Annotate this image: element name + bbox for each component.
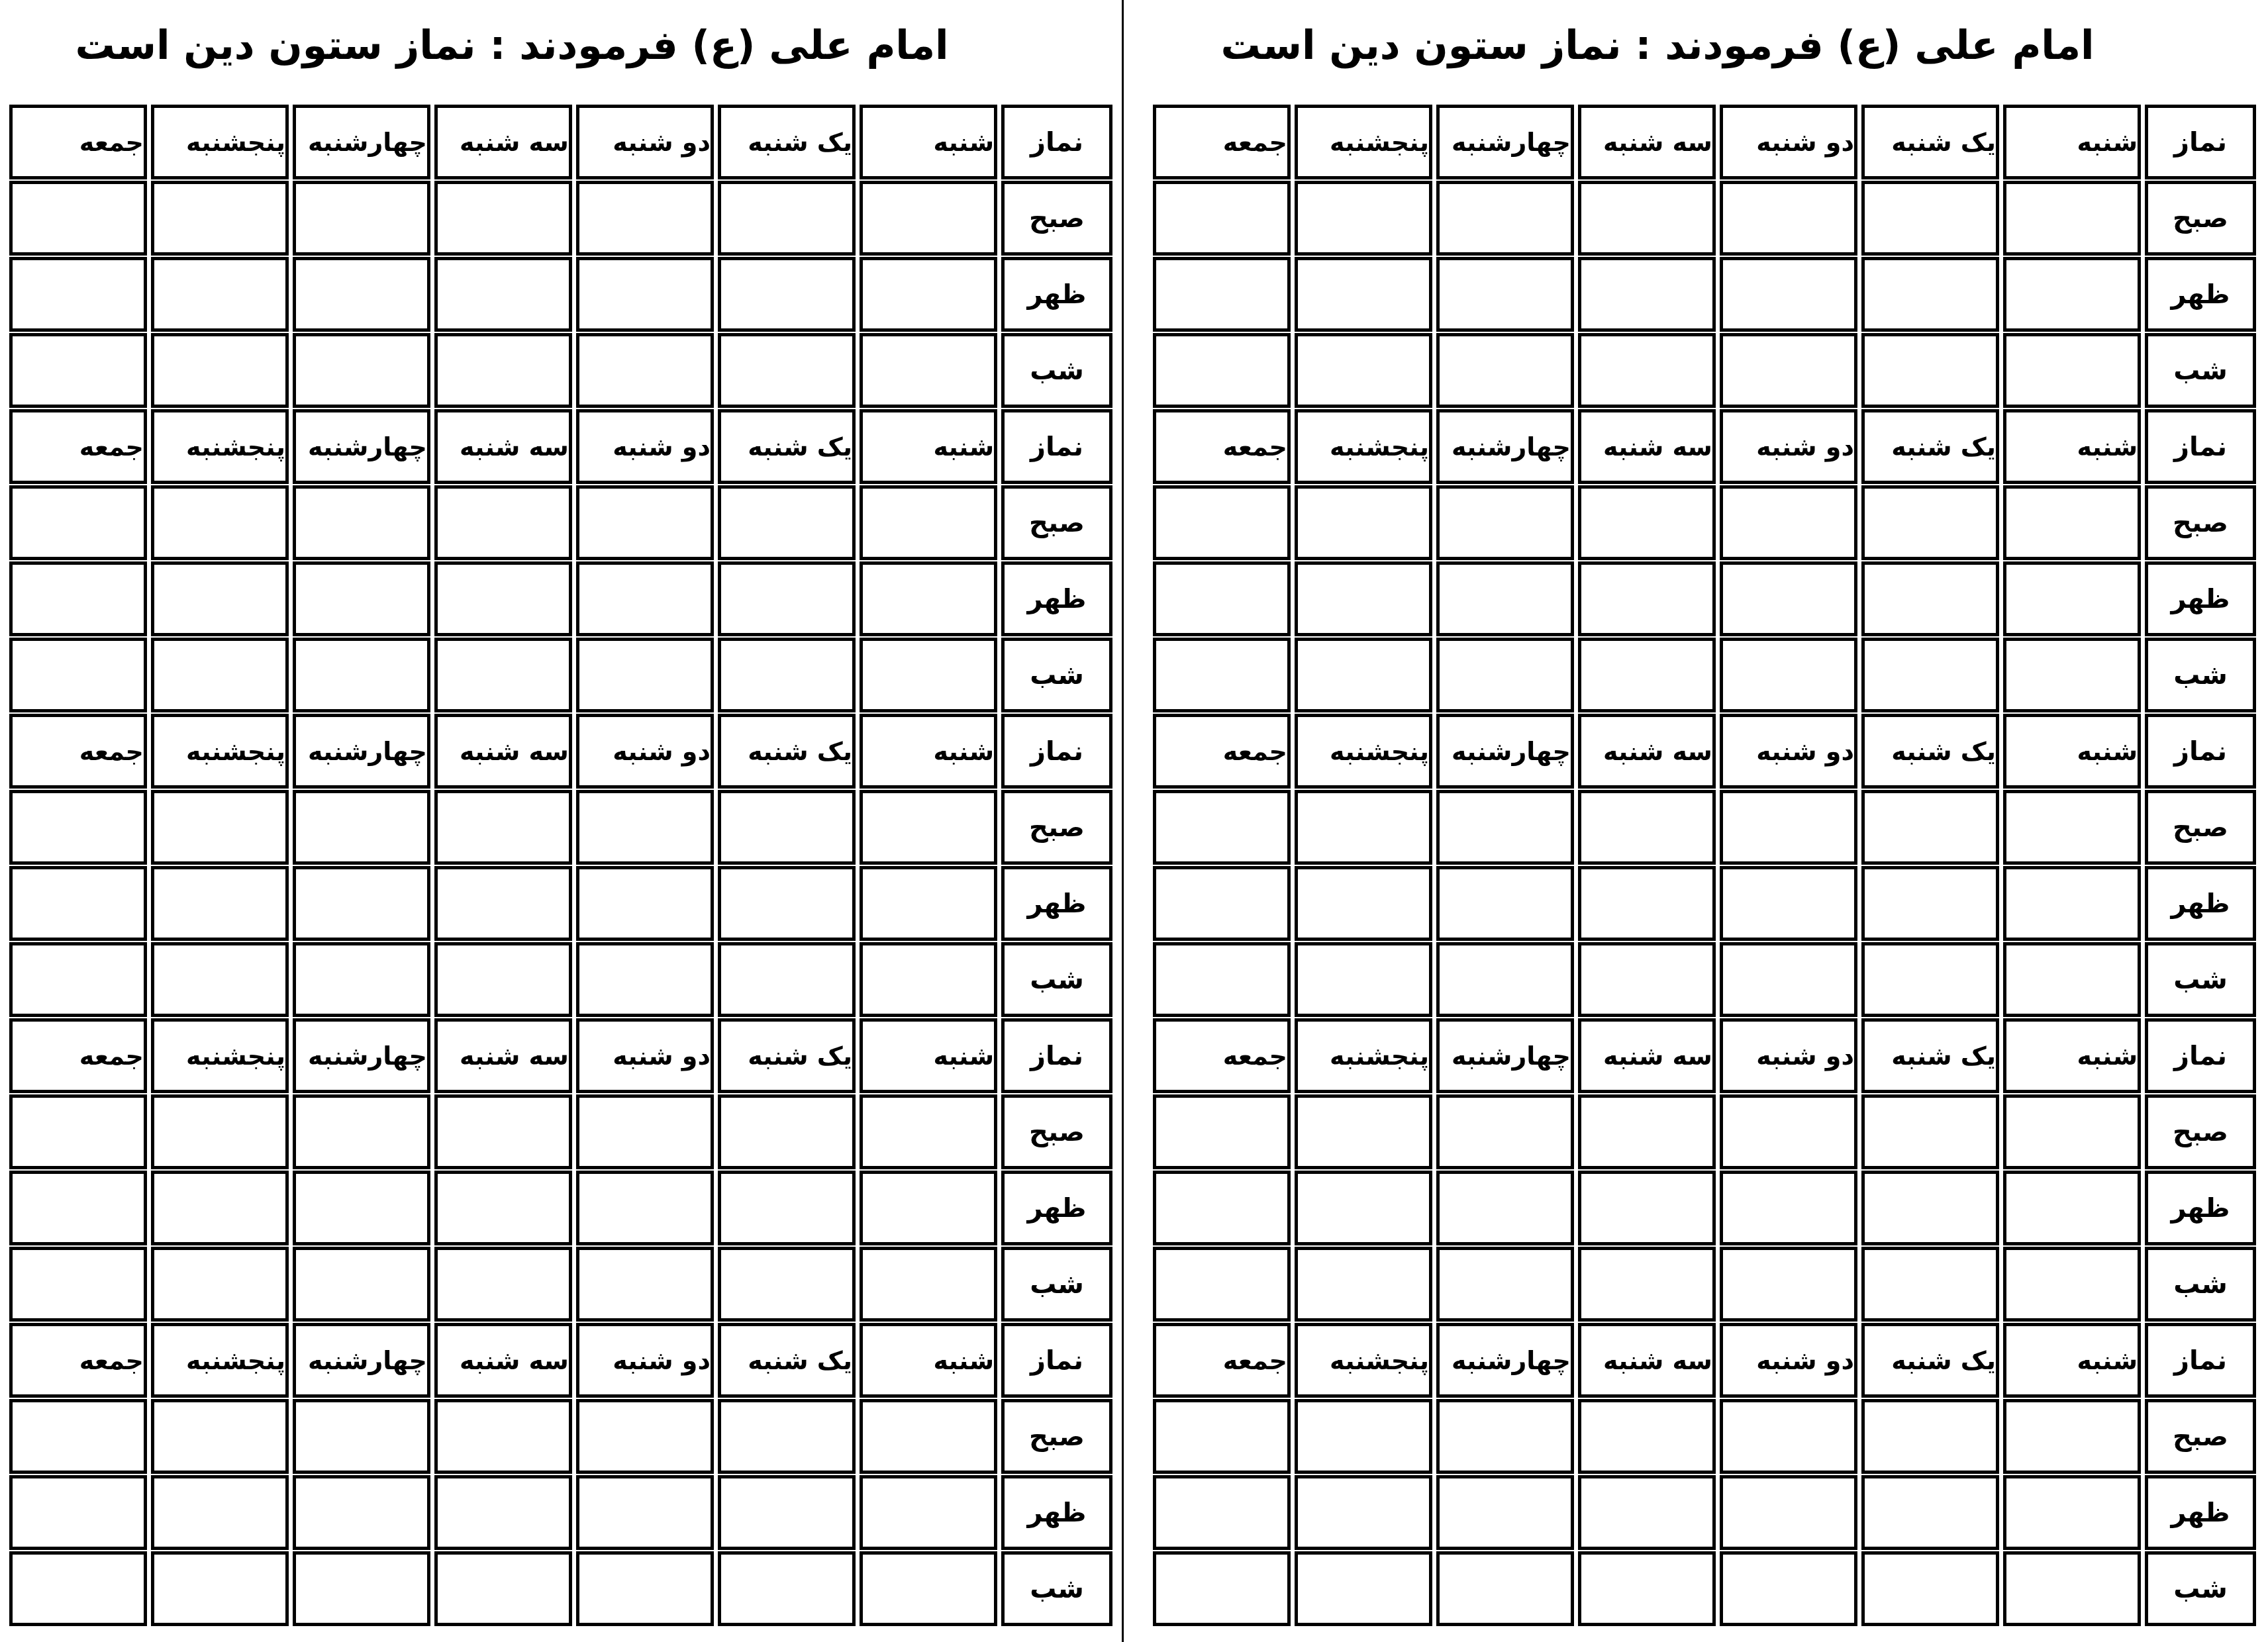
empty-schedule-cell (860, 1551, 997, 1626)
empty-schedule-cell (1153, 942, 1291, 1017)
empty-schedule-cell (2003, 333, 2141, 408)
day-column-header: شنبه (860, 409, 997, 484)
day-column-header: پنجشنبه (1295, 1018, 1432, 1093)
week-header-row: نمازشنبهیک شنبهدو شنبهسه شنبهچهارشنبهپنج… (1153, 105, 2256, 179)
empty-schedule-cell (293, 1247, 430, 1322)
empty-schedule-cell (860, 485, 997, 560)
prayer-time-label: صبح (2145, 485, 2256, 560)
empty-schedule-cell (718, 1551, 856, 1626)
empty-schedule-cell (1578, 638, 1716, 712)
prayer-time-row: ظهر (9, 1475, 1112, 1550)
day-column-header: پنجشنبه (1295, 105, 1432, 179)
empty-schedule-cell (1720, 638, 1857, 712)
worksheet-sheet: امام علی (ع) فرمودند : نماز ستون دین است… (0, 0, 2268, 1642)
empty-schedule-cell (718, 1171, 856, 1245)
prayer-time-row: صبح (9, 1094, 1112, 1169)
empty-schedule-cell (9, 1247, 147, 1322)
empty-schedule-cell (1295, 866, 1432, 941)
empty-schedule-cell (151, 1551, 289, 1626)
empty-schedule-cell (293, 1171, 430, 1245)
empty-schedule-cell (1578, 942, 1716, 1017)
empty-schedule-cell (576, 1171, 714, 1245)
prayer-time-row: ظهر (9, 257, 1112, 332)
empty-schedule-cell (1153, 181, 1291, 256)
prayer-time-row: صبح (1153, 1399, 2256, 1474)
day-column-header: سه شنبه (1578, 1323, 1716, 1398)
week-header-row: نمازشنبهیک شنبهدو شنبهسه شنبهچهارشنبهپنج… (9, 105, 1112, 179)
day-column-header: شنبه (860, 105, 997, 179)
day-column-header: جمعه (1153, 105, 1291, 179)
prayer-time-label: شب (1001, 1247, 1112, 1322)
day-column-header: سه شنبه (1578, 1018, 1716, 1093)
empty-schedule-cell (1861, 1475, 1999, 1550)
empty-schedule-cell (1153, 1247, 1291, 1322)
prayer-time-label: صبح (1001, 181, 1112, 256)
day-column-header: سه شنبه (1578, 105, 1716, 179)
empty-schedule-cell (1436, 485, 1574, 560)
empty-schedule-cell (576, 1247, 714, 1322)
empty-schedule-cell (1153, 1094, 1291, 1169)
empty-schedule-cell (434, 790, 572, 865)
prayer-table: نمازشنبهیک شنبهدو شنبهسه شنبهچهارشنبهپنج… (5, 103, 1116, 1627)
empty-schedule-cell (2003, 561, 2141, 636)
empty-schedule-cell (1861, 1247, 1999, 1322)
day-column-header: یک شنبه (718, 105, 856, 179)
empty-schedule-cell (2003, 1399, 2141, 1474)
empty-schedule-cell (718, 942, 856, 1017)
empty-schedule-cell (1720, 561, 1857, 636)
empty-schedule-cell (1861, 1551, 1999, 1626)
empty-schedule-cell (9, 866, 147, 941)
empty-schedule-cell (860, 1399, 997, 1474)
empty-schedule-cell (1436, 1094, 1574, 1169)
day-column-header: چهارشنبه (293, 1018, 430, 1093)
empty-schedule-cell (293, 333, 430, 408)
day-column-header: شنبه (2003, 409, 2141, 484)
prayer-time-label: ظهر (1001, 257, 1112, 332)
prayer-time-label: ظهر (2145, 1475, 2256, 1550)
empty-schedule-cell (9, 1171, 147, 1245)
prayer-time-label: شب (2145, 942, 2256, 1017)
empty-schedule-cell (434, 485, 572, 560)
empty-schedule-cell (1578, 181, 1716, 256)
empty-schedule-cell (293, 1094, 430, 1169)
day-column-header: پنجشنبه (151, 714, 289, 789)
prayer-time-row: شب (1153, 638, 2256, 712)
empty-schedule-cell (9, 333, 147, 408)
empty-schedule-cell (434, 561, 572, 636)
empty-schedule-cell (1153, 561, 1291, 636)
day-column-header: شنبه (860, 1323, 997, 1398)
empty-schedule-cell (2003, 485, 2141, 560)
prayer-time-label: شب (2145, 1551, 2256, 1626)
empty-schedule-cell (2003, 1094, 2141, 1169)
day-column-header: پنجشنبه (1295, 714, 1432, 789)
empty-schedule-cell (2003, 257, 2141, 332)
empty-schedule-cell (151, 1094, 289, 1169)
empty-schedule-cell (151, 1475, 289, 1550)
day-column-header: دو شنبه (1720, 105, 1857, 179)
prayer-time-row: شب (9, 638, 1112, 712)
empty-schedule-cell (434, 638, 572, 712)
empty-schedule-cell (1861, 1399, 1999, 1474)
empty-schedule-cell (860, 638, 997, 712)
week-header-row: نمازشنبهیک شنبهدو شنبهسه شنبهچهارشنبهپنج… (1153, 714, 2256, 789)
empty-schedule-cell (860, 181, 997, 256)
day-column-header: جمعه (9, 1018, 147, 1093)
empty-schedule-cell (1153, 638, 1291, 712)
prayer-time-label: صبح (1001, 1094, 1112, 1169)
empty-schedule-cell (293, 942, 430, 1017)
prayer-column-header: نماز (2145, 714, 2256, 789)
prayer-column-header: نماز (1001, 409, 1112, 484)
day-column-header: دو شنبه (576, 409, 714, 484)
day-column-header: پنجشنبه (151, 105, 289, 179)
empty-schedule-cell (1720, 790, 1857, 865)
empty-schedule-cell (1578, 1399, 1716, 1474)
day-column-header: چهارشنبه (1436, 105, 1574, 179)
empty-schedule-cell (1578, 257, 1716, 332)
empty-schedule-cell (1436, 1171, 1574, 1245)
day-column-header: یک شنبه (1861, 714, 1999, 789)
empty-schedule-cell (434, 1399, 572, 1474)
empty-schedule-cell (1436, 1247, 1574, 1322)
day-column-header: دو شنبه (1720, 409, 1857, 484)
day-column-header: چهارشنبه (1436, 1323, 1574, 1398)
empty-schedule-cell (151, 1171, 289, 1245)
prayer-time-label: شب (2145, 333, 2256, 408)
panel-title: امام علی (ع) فرمودند : نماز ستون دین است (1149, 4, 2166, 87)
prayer-time-row: شب (1153, 1551, 2256, 1626)
empty-schedule-cell (9, 790, 147, 865)
prayer-time-label: صبح (2145, 1094, 2256, 1169)
day-column-header: سه شنبه (434, 714, 572, 789)
empty-schedule-cell (2003, 1551, 2141, 1626)
empty-schedule-cell (1295, 942, 1432, 1017)
day-column-header: چهارشنبه (293, 714, 430, 789)
empty-schedule-cell (1720, 942, 1857, 1017)
empty-schedule-cell (1861, 561, 1999, 636)
day-column-header: چهارشنبه (293, 409, 430, 484)
day-column-header: دو شنبه (576, 1323, 714, 1398)
empty-schedule-cell (1720, 333, 1857, 408)
empty-schedule-cell (293, 485, 430, 560)
day-column-header: سه شنبه (434, 1018, 572, 1093)
day-column-header: شنبه (860, 714, 997, 789)
empty-schedule-cell (293, 638, 430, 712)
day-column-header: جمعه (9, 1323, 147, 1398)
empty-schedule-cell (860, 333, 997, 408)
day-column-header: چهارشنبه (1436, 1018, 1574, 1093)
worksheet-panel-left: امام علی (ع) فرمودند : نماز ستون دین است… (0, 0, 1122, 1642)
empty-schedule-cell (1436, 1399, 1574, 1474)
week-header-row: نمازشنبهیک شنبهدو شنبهسه شنبهچهارشنبهپنج… (1153, 409, 2256, 484)
empty-schedule-cell (151, 638, 289, 712)
day-column-header: چهارشنبه (293, 1323, 430, 1398)
week-header-row: نمازشنبهیک شنبهدو شنبهسه شنبهچهارشنبهپنج… (9, 1323, 1112, 1398)
prayer-time-label: ظهر (1001, 1475, 1112, 1550)
empty-schedule-cell (1436, 942, 1574, 1017)
empty-schedule-cell (1436, 1475, 1574, 1550)
day-column-header: جمعه (9, 714, 147, 789)
empty-schedule-cell (151, 257, 289, 332)
prayer-time-row: صبح (9, 790, 1112, 865)
empty-schedule-cell (434, 333, 572, 408)
day-column-header: چهارشنبه (1436, 409, 1574, 484)
prayer-time-row: ظهر (1153, 257, 2256, 332)
empty-schedule-cell (1295, 1551, 1432, 1626)
empty-schedule-cell (718, 866, 856, 941)
empty-schedule-cell (1153, 790, 1291, 865)
prayer-time-row: ظهر (9, 561, 1112, 636)
prayer-time-label: ظهر (1001, 1171, 1112, 1245)
empty-schedule-cell (1153, 1551, 1291, 1626)
empty-schedule-cell (1720, 181, 1857, 256)
empty-schedule-cell (576, 1551, 714, 1626)
prayer-column-header: نماز (2145, 1323, 2256, 1398)
empty-schedule-cell (293, 790, 430, 865)
day-column-header: جمعه (1153, 1323, 1291, 1398)
empty-schedule-cell (1720, 257, 1857, 332)
empty-schedule-cell (2003, 181, 2141, 256)
empty-schedule-cell (718, 638, 856, 712)
empty-schedule-cell (860, 1171, 997, 1245)
empty-schedule-cell (9, 1399, 147, 1474)
week-header-row: نمازشنبهیک شنبهدو شنبهسه شنبهچهارشنبهپنج… (9, 714, 1112, 789)
day-column-header: دو شنبه (576, 1018, 714, 1093)
prayer-time-row: شب (1153, 1247, 2256, 1322)
empty-schedule-cell (1153, 1399, 1291, 1474)
prayer-time-row: صبح (9, 1399, 1112, 1474)
prayer-time-label: ظهر (2145, 257, 2256, 332)
empty-schedule-cell (434, 257, 572, 332)
empty-schedule-cell (293, 1399, 430, 1474)
prayer-column-header: نماز (2145, 105, 2256, 179)
prayer-time-label: صبح (2145, 181, 2256, 256)
empty-schedule-cell (576, 485, 714, 560)
prayer-time-row: شب (9, 1551, 1112, 1626)
prayer-time-label: شب (2145, 638, 2256, 712)
empty-schedule-cell (1578, 485, 1716, 560)
empty-schedule-cell (576, 942, 714, 1017)
empty-schedule-cell (9, 942, 147, 1017)
prayer-time-label: ظهر (1001, 561, 1112, 636)
empty-schedule-cell (1861, 942, 1999, 1017)
empty-schedule-cell (1578, 1094, 1716, 1169)
day-column-header: جمعه (9, 105, 147, 179)
empty-schedule-cell (1578, 333, 1716, 408)
empty-schedule-cell (1720, 866, 1857, 941)
empty-schedule-cell (860, 942, 997, 1017)
empty-schedule-cell (151, 1247, 289, 1322)
empty-schedule-cell (2003, 866, 2141, 941)
week-header-row: نمازشنبهیک شنبهدو شنبهسه شنبهچهارشنبهپنج… (9, 409, 1112, 484)
empty-schedule-cell (1861, 790, 1999, 865)
empty-schedule-cell (1578, 866, 1716, 941)
prayer-time-label: صبح (1001, 790, 1112, 865)
empty-schedule-cell (434, 1551, 572, 1626)
day-column-header: یک شنبه (1861, 105, 1999, 179)
empty-schedule-cell (576, 257, 714, 332)
prayer-time-label: صبح (1001, 1399, 1112, 1474)
day-column-header: شنبه (860, 1018, 997, 1093)
prayer-time-label: ظهر (2145, 561, 2256, 636)
empty-schedule-cell (576, 333, 714, 408)
prayer-time-row: شب (1153, 942, 2256, 1017)
empty-schedule-cell (718, 1399, 856, 1474)
empty-schedule-cell (293, 1475, 430, 1550)
empty-schedule-cell (1153, 485, 1291, 560)
prayer-time-row: صبح (9, 181, 1112, 256)
empty-schedule-cell (1720, 1171, 1857, 1245)
empty-schedule-cell (1295, 1094, 1432, 1169)
prayer-time-row: ظهر (1153, 1475, 2256, 1550)
day-column-header: یک شنبه (718, 1018, 856, 1093)
week-header-row: نمازشنبهیک شنبهدو شنبهسه شنبهچهارشنبهپنج… (9, 1018, 1112, 1093)
empty-schedule-cell (860, 1247, 997, 1322)
empty-schedule-cell (1153, 866, 1291, 941)
empty-schedule-cell (1153, 257, 1291, 332)
day-column-header: جمعه (1153, 1018, 1291, 1093)
empty-schedule-cell (1578, 1247, 1716, 1322)
empty-schedule-cell (1295, 1475, 1432, 1550)
prayer-time-row: ظهر (9, 866, 1112, 941)
empty-schedule-cell (860, 1475, 997, 1550)
empty-schedule-cell (293, 181, 430, 256)
empty-schedule-cell (860, 790, 997, 865)
empty-schedule-cell (293, 257, 430, 332)
empty-schedule-cell (293, 561, 430, 636)
empty-schedule-cell (1295, 485, 1432, 560)
empty-schedule-cell (151, 790, 289, 865)
empty-schedule-cell (2003, 638, 2141, 712)
prayer-time-label: صبح (2145, 1399, 2256, 1474)
empty-schedule-cell (718, 1475, 856, 1550)
day-column-header: شنبه (2003, 105, 2141, 179)
prayer-time-row: ظهر (1153, 1171, 2256, 1245)
empty-schedule-cell (151, 942, 289, 1017)
day-column-header: سه شنبه (1578, 714, 1716, 789)
day-column-header: دو شنبه (1720, 1018, 1857, 1093)
prayer-time-row: شب (9, 942, 1112, 1017)
empty-schedule-cell (9, 561, 147, 636)
empty-schedule-cell (9, 257, 147, 332)
empty-schedule-cell (1295, 181, 1432, 256)
prayer-time-label: ظهر (1001, 866, 1112, 941)
day-column-header: یک شنبه (1861, 1323, 1999, 1398)
empty-schedule-cell (576, 790, 714, 865)
prayer-time-label: صبح (2145, 790, 2256, 865)
empty-schedule-cell (1720, 1094, 1857, 1169)
day-column-header: چهارشنبه (1436, 714, 1574, 789)
day-column-header: پنجشنبه (1295, 409, 1432, 484)
empty-schedule-cell (718, 790, 856, 865)
prayer-table-body: نمازشنبهیک شنبهدو شنبهسه شنبهچهارشنبهپنج… (9, 105, 1112, 1626)
day-column-header: دو شنبه (1720, 714, 1857, 789)
prayer-time-row: صبح (9, 485, 1112, 560)
empty-schedule-cell (1436, 638, 1574, 712)
day-column-header: دو شنبه (576, 105, 714, 179)
empty-schedule-cell (434, 1171, 572, 1245)
day-column-header: سه شنبه (434, 105, 572, 179)
empty-schedule-cell (1578, 790, 1716, 865)
day-column-header: پنجشنبه (151, 1018, 289, 1093)
empty-schedule-cell (151, 866, 289, 941)
empty-schedule-cell (293, 1551, 430, 1626)
empty-schedule-cell (576, 1094, 714, 1169)
panel-title: امام علی (ع) فرمودند : نماز ستون دین است (5, 4, 1018, 87)
empty-schedule-cell (1861, 485, 1999, 560)
empty-schedule-cell (1436, 561, 1574, 636)
day-column-header: جمعه (9, 409, 147, 484)
day-column-header: جمعه (1153, 409, 1291, 484)
prayer-time-label: شب (1001, 638, 1112, 712)
empty-schedule-cell (151, 1399, 289, 1474)
empty-schedule-cell (9, 485, 147, 560)
prayer-column-header: نماز (2145, 409, 2256, 484)
day-column-header: شنبه (2003, 1018, 2141, 1093)
empty-schedule-cell (1436, 333, 1574, 408)
empty-schedule-cell (2003, 790, 2141, 865)
day-column-header: پنجشنبه (1295, 1323, 1432, 1398)
empty-schedule-cell (718, 485, 856, 560)
empty-schedule-cell (2003, 942, 2141, 1017)
empty-schedule-cell (1436, 866, 1574, 941)
empty-schedule-cell (1578, 1551, 1716, 1626)
empty-schedule-cell (434, 1247, 572, 1322)
empty-schedule-cell (576, 638, 714, 712)
empty-schedule-cell (1295, 1247, 1432, 1322)
day-column-header: دو شنبه (1720, 1323, 1857, 1398)
empty-schedule-cell (718, 1094, 856, 1169)
day-column-header: یک شنبه (1861, 1018, 1999, 1093)
empty-schedule-cell (1861, 181, 1999, 256)
prayer-time-label: صبح (1001, 485, 1112, 560)
empty-schedule-cell (151, 333, 289, 408)
day-column-header: سه شنبه (1578, 409, 1716, 484)
empty-schedule-cell (1861, 1171, 1999, 1245)
prayer-time-row: ظهر (9, 1171, 1112, 1245)
empty-schedule-cell (1295, 638, 1432, 712)
empty-schedule-cell (860, 561, 997, 636)
empty-schedule-cell (1861, 257, 1999, 332)
empty-schedule-cell (434, 1094, 572, 1169)
prayer-column-header: نماز (2145, 1018, 2256, 1093)
empty-schedule-cell (1153, 1171, 1291, 1245)
empty-schedule-cell (1720, 1399, 1857, 1474)
prayer-column-header: نماز (1001, 1018, 1112, 1093)
empty-schedule-cell (718, 333, 856, 408)
prayer-time-label: ظهر (2145, 1171, 2256, 1245)
day-column-header: چهارشنبه (293, 105, 430, 179)
prayer-time-row: صبح (1153, 181, 2256, 256)
prayer-table: نمازشنبهیک شنبهدو شنبهسه شنبهچهارشنبهپنج… (1149, 103, 2260, 1627)
prayer-time-row: شب (9, 333, 1112, 408)
day-column-header: سه شنبه (434, 409, 572, 484)
empty-schedule-cell (1436, 181, 1574, 256)
prayer-time-row: صبح (1153, 1094, 2256, 1169)
empty-schedule-cell (9, 638, 147, 712)
day-column-header: پنجشنبه (151, 1323, 289, 1398)
empty-schedule-cell (9, 1551, 147, 1626)
empty-schedule-cell (1295, 790, 1432, 865)
empty-schedule-cell (1720, 1475, 1857, 1550)
prayer-time-row: شب (9, 1247, 1112, 1322)
prayer-time-label: شب (1001, 333, 1112, 408)
empty-schedule-cell (9, 1094, 147, 1169)
empty-schedule-cell (576, 866, 714, 941)
day-column-header: یک شنبه (718, 409, 856, 484)
